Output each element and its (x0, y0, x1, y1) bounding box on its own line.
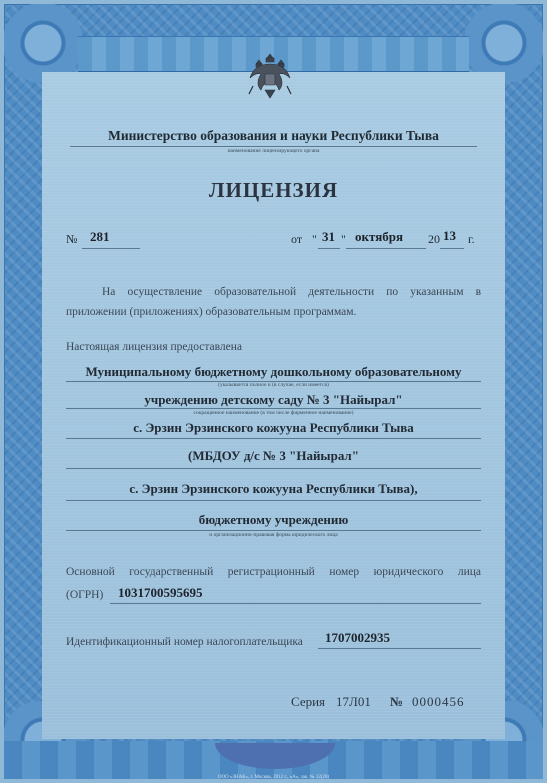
licensee-caption-2: сокращенное наименование (в том числе фи… (66, 410, 481, 416)
divider (66, 438, 481, 439)
corner-ornament-icon (465, 4, 543, 82)
ogrn-value: 1031700595695 (118, 585, 203, 601)
license-number: 281 (90, 229, 110, 245)
divider (66, 500, 481, 501)
date-year-label: г. (468, 232, 475, 247)
divider (110, 603, 481, 604)
licensee-line-1: Муниципальному бюджетному дошкольному об… (66, 364, 481, 380)
serial-number-label: № (390, 694, 403, 710)
licensee-line-3: с. Эрзин Эрзинского кожууна Республики Т… (66, 420, 481, 436)
licensing-authority: Министерство образования и науки Республ… (70, 128, 477, 144)
double-headed-eagle-emblem-icon (245, 50, 295, 102)
document-title: ЛИЦЕНЗИЯ (0, 178, 547, 203)
divider (346, 248, 426, 249)
licensee-caption-1: (указывается полное и (в случае, если им… (66, 382, 481, 388)
licensee-line-4: (МБДОУ д/с № 3 "Найырал" (66, 448, 481, 464)
ogrn-label: Основной государственный регистрационный… (66, 562, 481, 582)
license-document: Министерство образования и науки Республ… (0, 0, 547, 783)
granted-to-label: Настоящая лицензия предоставлена (66, 337, 481, 357)
divider (66, 468, 481, 469)
printer-imprint: ООО «ЗНАК», г. Москва, 2012 г., «А», зак… (0, 775, 547, 780)
authority-caption: наименование лицензирующего органа (70, 148, 477, 154)
date-month: октября (355, 229, 403, 245)
licensee-line-5: с. Эрзин Эрзинского кожууна Республики Т… (66, 481, 481, 497)
date-prefix: от (291, 232, 302, 247)
purpose-text: На осуществление образовательной деятель… (66, 282, 481, 322)
divider (318, 648, 481, 649)
divider (70, 146, 477, 147)
serial-number: 0000456 (412, 694, 465, 710)
series-value: 17Л01 (336, 694, 371, 710)
divider (440, 248, 464, 249)
licensee-caption-3: и организационно-правовая форма юридичес… (66, 532, 481, 538)
date-year-prefix: 20 (428, 232, 440, 247)
ogrn-label-abbr: (ОГРН) (66, 585, 103, 605)
divider (318, 248, 340, 249)
corner-ornament-icon (4, 4, 82, 82)
date-day: 31 (322, 229, 335, 245)
divider (82, 248, 140, 249)
divider (66, 408, 481, 409)
licensee-line-2: учреждению детскому саду № 3 "Найырал" (66, 392, 481, 408)
licensee-line-6: бюджетному учреждению (66, 512, 481, 528)
date-quote-close: " (341, 232, 346, 247)
date-year-suffix: 13 (443, 228, 456, 244)
divider (66, 530, 481, 531)
inn-label: Идентификационный номер налогоплательщик… (66, 632, 303, 652)
inn-value: 1707002935 (325, 630, 390, 646)
number-label: № (66, 232, 77, 247)
series-label: Серия (291, 694, 325, 710)
date-quote-open: " (312, 232, 317, 247)
